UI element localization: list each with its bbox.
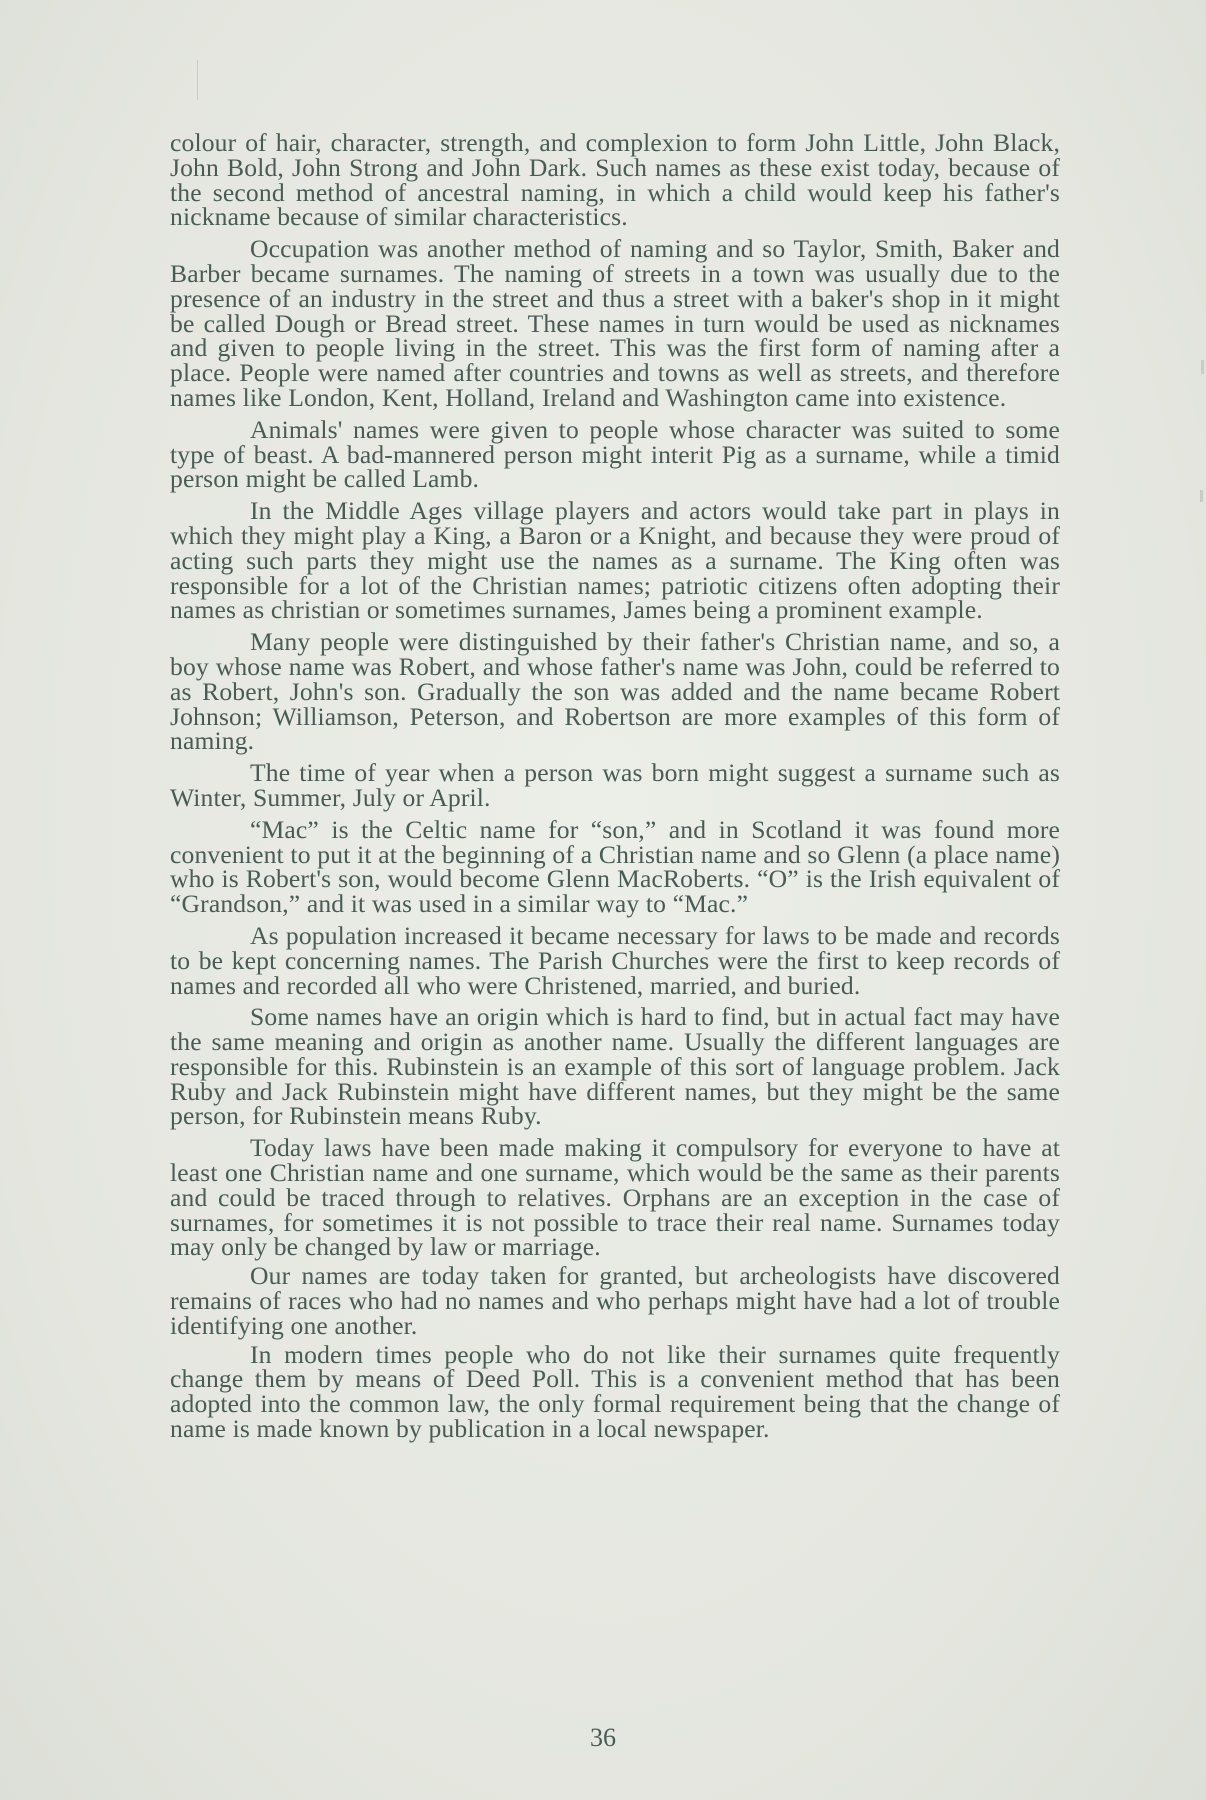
paragraph-father-name: Many people were distinguished by their … [170,630,1060,754]
document-page: colour of hair, character, strength, and… [0,0,1206,1800]
page-number: 36 [0,1723,1206,1753]
paragraph-laws: Today laws have been made making it comp… [170,1136,1060,1260]
paragraph-archeologists: Our names are today taken for granted, b… [170,1264,1060,1338]
paragraph-middle-ages: In the Middle Ages village players and a… [170,499,1060,623]
paragraph-origin: Some names have an origin which is hard … [170,1005,1060,1129]
paragraph-deed-poll: In modern times people who do not like t… [170,1343,1060,1442]
paper-mark [197,60,198,100]
paragraph-mac: “Mac” is the Celtic name for “son,” and … [170,818,1060,917]
paragraph-population: As population increased it became necess… [170,924,1060,998]
paragraph-continued: colour of hair, character, strength, and… [170,131,1060,230]
paper-mark [1200,490,1203,502]
paragraph-animals: Animals' names were given to people whos… [170,418,1060,492]
paragraph-time-of-year: The time of year when a person was born … [170,761,1060,811]
paper-mark [1201,360,1204,374]
body-text: colour of hair, character, strength, and… [170,131,1060,1446]
paragraph-occupation: Occupation was another method of naming … [170,237,1060,411]
